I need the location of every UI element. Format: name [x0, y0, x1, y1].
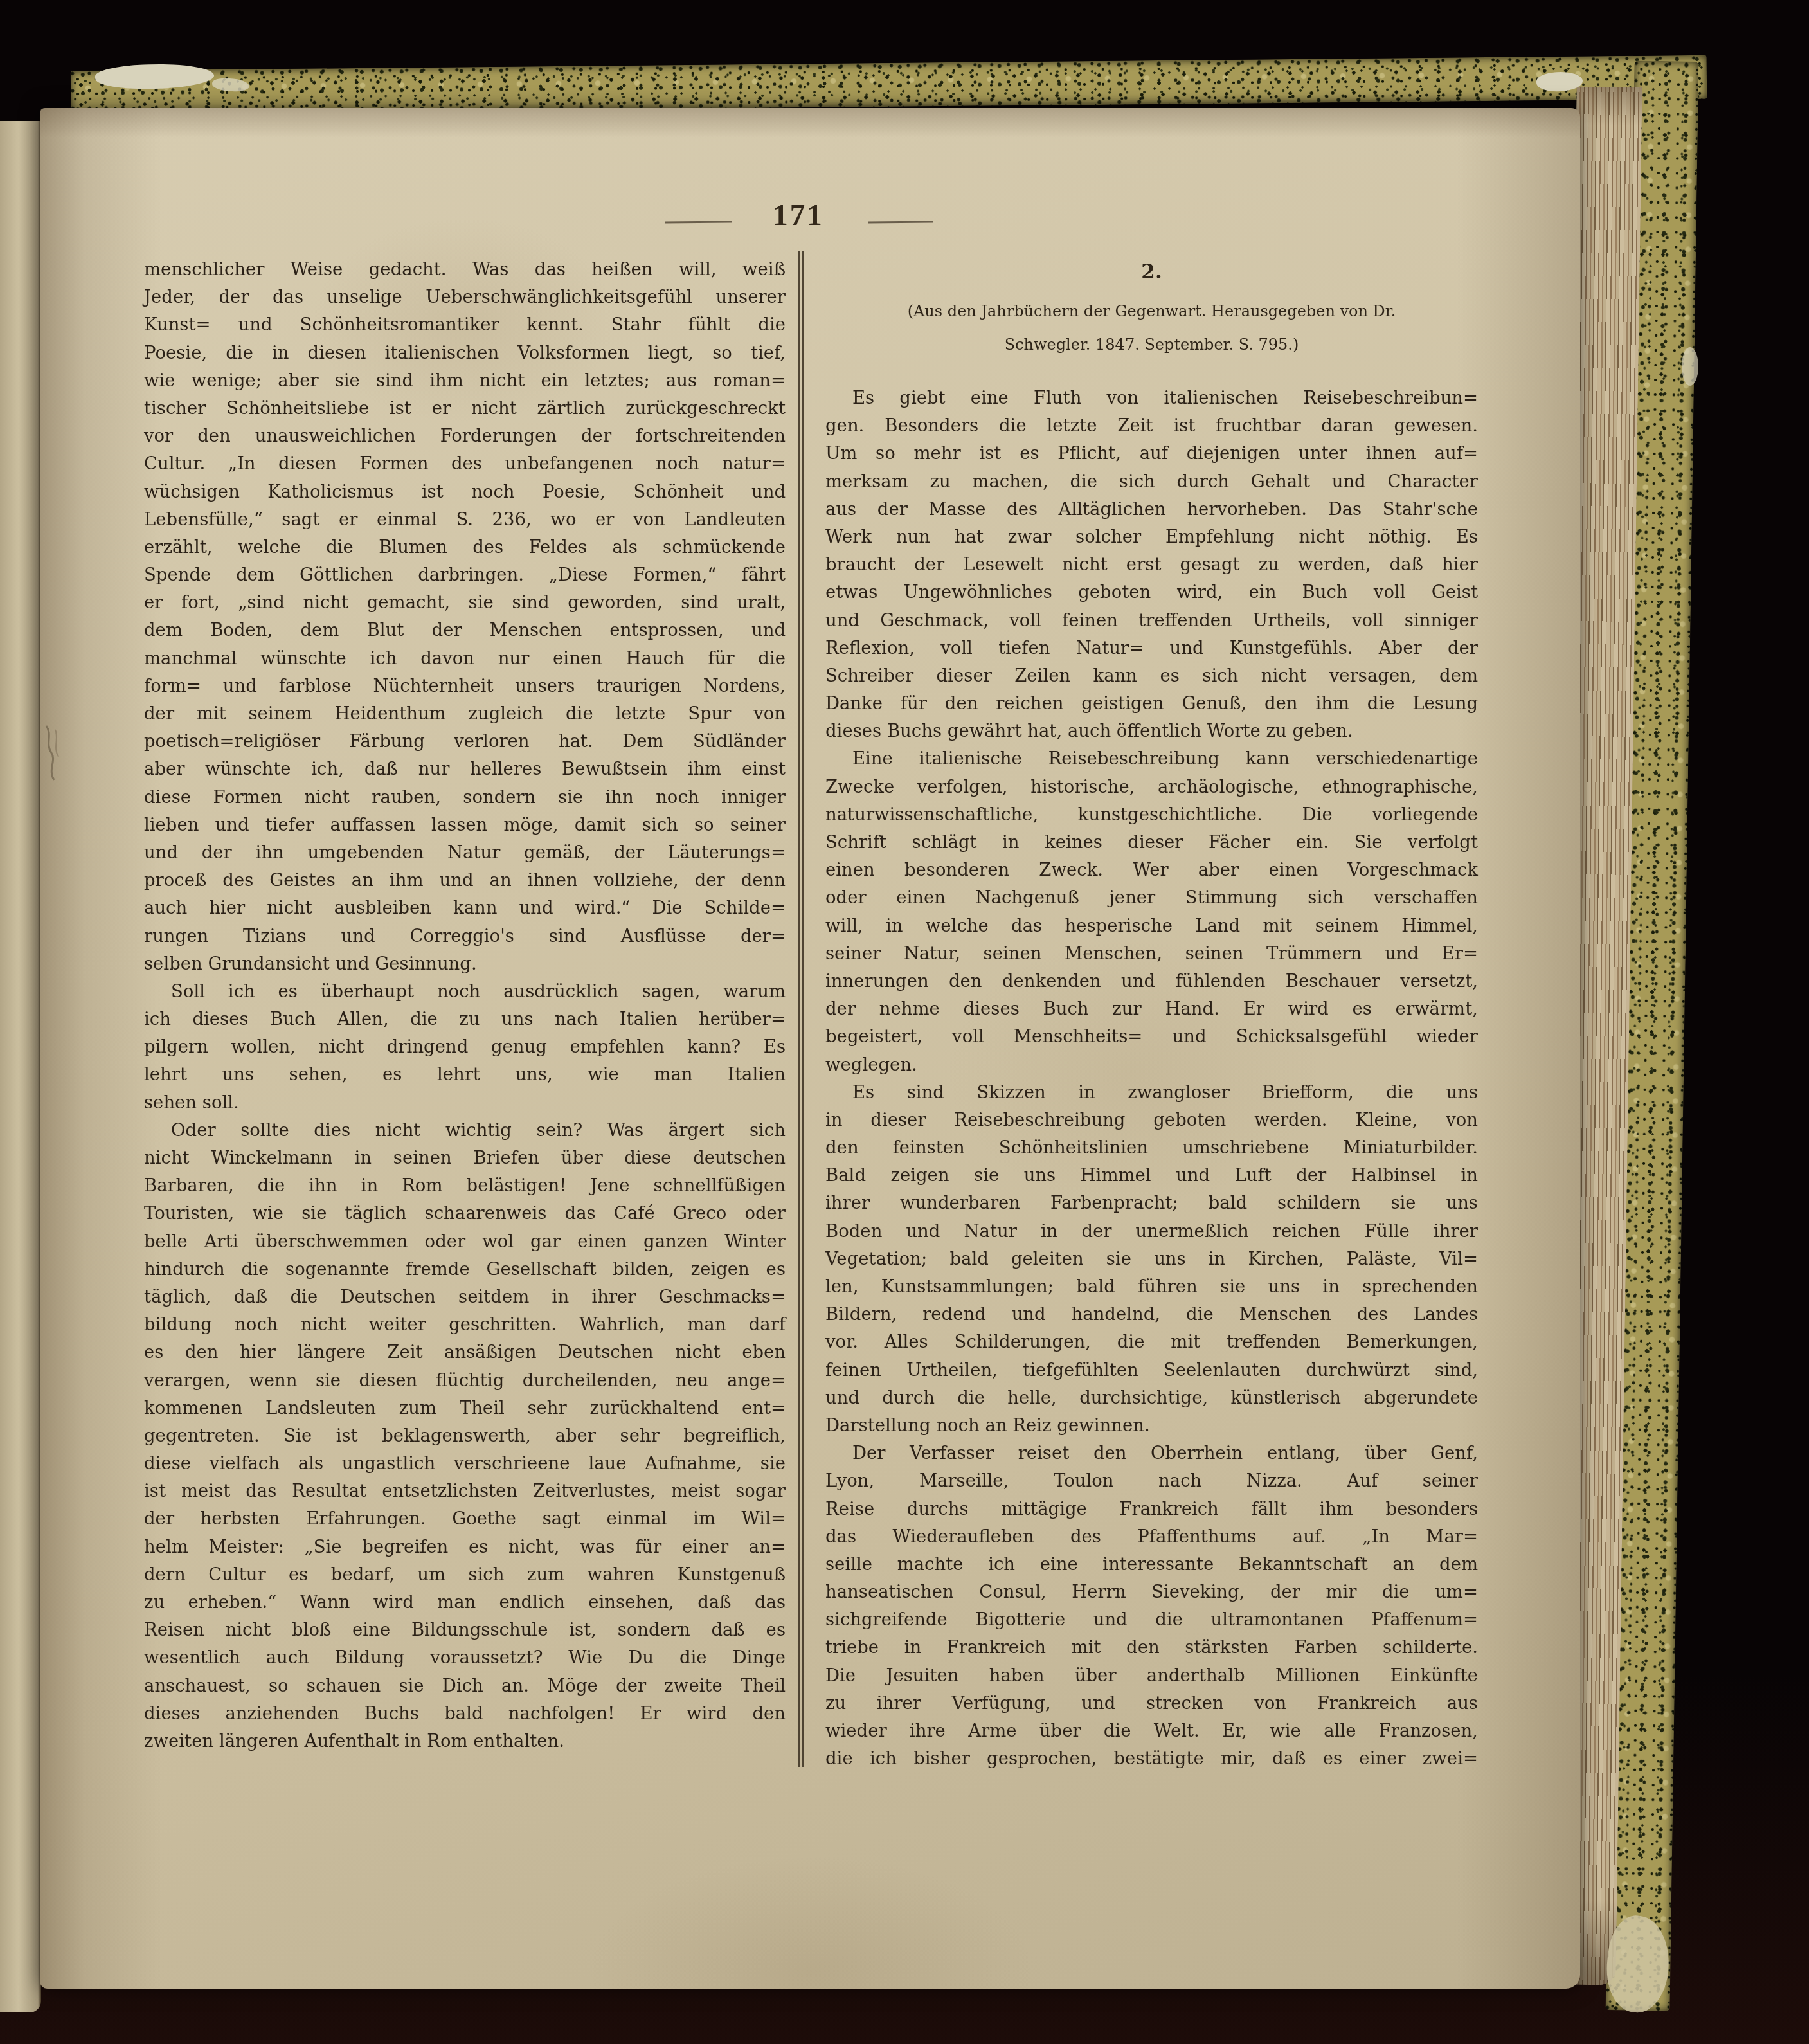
text-line: rungen Tizians und Correggio's sind Ausf…	[144, 923, 786, 950]
text-line: diese Formen nicht rauben, sondern sie i…	[144, 784, 786, 811]
cover-wear-patch	[1682, 347, 1698, 386]
text-line: ihrer wunderbaren Farbenpracht; bald sch…	[825, 1189, 1478, 1217]
text-line: und durch die helle, durchsichtige, küns…	[825, 1384, 1478, 1412]
citation-line: Schwegler. 1847. September. S. 795.)	[825, 328, 1478, 361]
text-line: der mit seinem Heidenthum zugleich die l…	[144, 700, 786, 728]
text-line: täglich, daß die Deutschen seitdem in ih…	[144, 1283, 786, 1311]
text-line: wesentlich auch Bildung voraussetzt? Wie…	[144, 1644, 786, 1672]
left-text-column: menschlicher Weise gedacht. Was das heiß…	[144, 256, 786, 1755]
text-line: sichgreifende Bigotterie und die ultramo…	[825, 1606, 1478, 1634]
text-line: Cultur. „In diesen Formen des unbefangen…	[144, 450, 786, 478]
text-line: oder einen Nachgenuß jener Stimmung sich…	[825, 884, 1478, 912]
text-line: Bildern, redend und handelnd, die Mensch…	[825, 1301, 1478, 1328]
text-line: pilgern wollen, nicht dringend genug emp…	[144, 1033, 786, 1061]
text-line: dern Cultur es bedarf, um sich zum wahre…	[144, 1561, 786, 1589]
text-line: und Geschmack, voll feinen treffenden Ur…	[825, 607, 1478, 635]
text-line: erzählt, welche die Blumen des Feldes al…	[144, 534, 786, 561]
text-line: Boden und Natur in der unermeßlich reich…	[825, 1218, 1478, 1245]
text-line: aber wünschte ich, daß nur helleres Bewu…	[144, 755, 786, 783]
text-line: lieben und tiefer auffassen lassen möge,…	[144, 811, 786, 839]
text-line: Kunst= und Schönheitsromantiker kennt. S…	[144, 311, 786, 339]
text-line: nicht Winckelmann in seinen Briefen über…	[144, 1144, 786, 1172]
text-line: manchmal wünschte ich davon nur einen Ha…	[144, 645, 786, 673]
text-line: braucht der Lesewelt nicht erst gesagt z…	[825, 551, 1478, 579]
column-divider-rule	[798, 251, 804, 1767]
text-line: Der Verfasser reiset den Oberrhein entla…	[825, 1440, 1478, 1467]
text-line: dieses Buchs gewährt hat, auch öffentlic…	[825, 718, 1478, 745]
text-line: merksam zu machen, die sich durch Gehalt…	[825, 468, 1478, 496]
text-line: die ich bisher gesprochen, bestätigte mi…	[825, 1745, 1478, 1773]
text-line: proceß des Geistes an ihm und an ihnen v…	[144, 867, 786, 894]
text-line: zweiten längeren Aufenthalt in Rom entha…	[144, 1728, 786, 1755]
text-line: Jeder, der das unselige Ueberschwänglich…	[144, 284, 786, 311]
text-line: menschlicher Weise gedacht. Was das heiß…	[144, 256, 786, 284]
text-line: diese vielfach als ungastlich verschriee…	[144, 1450, 786, 1478]
text-line: Werk nun hat zwar solcher Empfehlung nic…	[825, 523, 1478, 551]
text-line: ich dieses Buch Allen, die zu uns nach I…	[144, 1006, 786, 1033]
text-line: Touristen, wie sie täglich schaarenweis …	[144, 1200, 786, 1227]
text-line: Danke für den reichen geistigen Genuß, d…	[825, 690, 1478, 718]
book-cover-top-edge	[71, 55, 1707, 114]
text-line: lehrt uns sehen, es lehrt uns, wie man I…	[144, 1061, 786, 1089]
text-line: Schreiber dieser Zeilen kann es sich nic…	[825, 662, 1478, 690]
text-line: einen besonderen Zweck. Wer aber einen V…	[825, 856, 1478, 884]
text-line: begeistert, voll Menschheits= und Schick…	[825, 1023, 1478, 1051]
citation-line: (Aus den Jahrbüchern der Gegenwart. Hera…	[825, 294, 1478, 328]
text-line: anschauest, so schauen sie Dich an. Möge…	[144, 1672, 786, 1700]
text-line: Es sind Skizzen in zwangloser Briefform,…	[825, 1079, 1478, 1107]
text-line: selben Grundansicht und Gesinnung.	[144, 950, 786, 978]
text-line: gegentreten. Sie ist beklagenswerth, abe…	[144, 1422, 786, 1450]
text-line: der nehme dieses Buch zur Hand. Er wird …	[825, 995, 1478, 1023]
text-line: zu ihrer Verfügung, und strecken von Fra…	[825, 1690, 1478, 1717]
text-line: will, in welche das hesperische Land mit…	[825, 912, 1478, 940]
text-line: dieses anziehenden Buchs bald nachfolgen…	[144, 1700, 786, 1728]
page-number-rule-right	[868, 221, 933, 224]
text-line: wieder ihre Arme über die Welt. Er, wie …	[825, 1717, 1478, 1745]
text-line: belle Arti überschwemmen oder wol gar ei…	[144, 1228, 786, 1256]
text-line: Zwecke verfolgen, historische, archäolog…	[825, 773, 1478, 801]
text-line: Oder sollte dies nicht wichtig sein? Was…	[144, 1117, 786, 1144]
text-line: bildung noch nicht weiter geschritten. W…	[144, 1311, 786, 1339]
citation-heading: (Aus den Jahrbüchern der Gegenwart. Hera…	[825, 294, 1478, 361]
text-line: der herbsten Erfahrungen. Goethe sagt ei…	[144, 1505, 786, 1533]
text-line: Darstellung noch an Reiz gewinnen.	[825, 1412, 1478, 1440]
text-line: es den hier längere Zeit ansäßigen Deuts…	[144, 1339, 786, 1366]
text-line: Reflexion, voll tiefen Natur= und Kunstg…	[825, 635, 1478, 662]
text-line: Schrift schlägt in keines dieser Fächer …	[825, 829, 1478, 856]
text-line: naturwissenschaftliche, kunstgeschichtli…	[825, 801, 1478, 829]
text-line: gen. Besonders die letzte Zeit ist fruch…	[825, 412, 1478, 440]
text-line: ist meist das Resultat entsetzlichsten Z…	[144, 1478, 786, 1505]
right-column-body: Es giebt eine Fluth von italienischen Re…	[825, 384, 1478, 1773]
text-line: Lebensfülle,“ sagt er einmal S. 236, wo …	[144, 506, 786, 534]
text-line: Reise durchs mittägige Frankreich fällt …	[825, 1496, 1478, 1523]
text-line: und der ihn umgebenden Natur gemäß, der …	[144, 839, 786, 867]
text-line: auch hier nicht ausbleiben kann und wird…	[144, 894, 786, 922]
text-line: Die Jesuiten haben über anderthalb Milli…	[825, 1662, 1478, 1690]
scanned-book-photo: 171 menschlicher Weise gedacht. Was das …	[0, 0, 1809, 2044]
text-line: sehen soll.	[144, 1089, 786, 1117]
text-line: Vegetation; bald geleiten sie uns in Kir…	[825, 1245, 1478, 1273]
text-line: den feinsten Schönheitslinien umschriebe…	[825, 1134, 1478, 1162]
text-line: seille machte ich eine interessante Beka…	[825, 1551, 1478, 1578]
text-line: aus der Masse des Alltäglichen hervorheb…	[825, 496, 1478, 523]
page-number: 171	[741, 198, 856, 233]
text-line: Um so mehr ist es Pflicht, auf diejenige…	[825, 440, 1478, 467]
text-line: wüchsigen Katholicismus ist noch Poesie,…	[144, 478, 786, 506]
text-line: Spende dem Göttlichen darbringen. „Diese…	[144, 561, 786, 589]
text-line: Poesie, die in diesen italienischen Volk…	[144, 339, 786, 367]
text-line: er fort, „sind nicht gemacht, sie sind g…	[144, 589, 786, 617]
text-line: zu erheben.“ Wann wird man endlich einse…	[144, 1589, 786, 1616]
page-number-rule-left	[665, 221, 732, 224]
text-line: in dieser Reisebeschreibung geboten werd…	[825, 1107, 1478, 1134]
text-line: Es giebt eine Fluth von italienischen Re…	[825, 384, 1478, 412]
text-line: tischer Schönheitsliebe ist er nicht zär…	[144, 395, 786, 422]
text-line: len, Kunstsammlungen; bald führen sie un…	[825, 1273, 1478, 1301]
text-line: poetisch=religiöser Färbung verloren hat…	[144, 728, 786, 755]
text-line: innerungen den denkenden und fühlenden B…	[825, 968, 1478, 995]
text-line: kommenen Landsleuten zum Theil sehr zurü…	[144, 1395, 786, 1422]
right-text-column: 2. (Aus den Jahrbüchern der Gegenwart. H…	[825, 256, 1478, 1773]
text-line: Bald zeigen sie uns Himmel und Luft der …	[825, 1162, 1478, 1189]
text-line: feinen Urtheilen, tiefgefühlten Seelenla…	[825, 1357, 1478, 1384]
text-line: Lyon, Marseille, Toulon nach Nizza. Auf …	[825, 1467, 1478, 1495]
text-line: weglegen.	[825, 1051, 1478, 1079]
text-line: vor. Alles Schilderungen, die mit treffe…	[825, 1328, 1478, 1356]
text-line: seiner Natur, seinen Menschen, seinen Tr…	[825, 940, 1478, 968]
facing-page-edge	[0, 121, 41, 2012]
text-line: helm Meister: „Sie begreifen es nicht, w…	[144, 1533, 786, 1561]
section-number-heading: 2.	[825, 256, 1478, 288]
text-line: wie wenige; aber sie sind ihm nicht ein …	[144, 367, 786, 395]
margin-ink-mark	[41, 722, 67, 784]
text-line: form= und farblose Nüchternheit unsers t…	[144, 673, 786, 700]
text-line: Eine italienische Reisebeschreibung kann…	[825, 745, 1478, 773]
text-line: dem Boden, dem Blut der Menschen entspro…	[144, 617, 786, 644]
text-line: das Wiederaufleben des Pfaffenthums auf.…	[825, 1523, 1478, 1551]
book-page-171: 171 menschlicher Weise gedacht. Was das …	[40, 108, 1580, 1989]
text-line: hindurch die sogenannte fremde Gesellsch…	[144, 1256, 786, 1283]
text-line: triebe in Frankreich mit den stärksten F…	[825, 1634, 1478, 1661]
text-line: Barbaren, die ihn in Rom belästigen! Jen…	[144, 1172, 786, 1200]
text-line: vor den unausweichlichen Forderungen der…	[144, 422, 786, 450]
text-line: hanseatischen Consul, Herrn Sieveking, d…	[825, 1578, 1478, 1606]
text-line: etwas Ungewöhnliches geboten wird, ein B…	[825, 579, 1478, 606]
text-line: Soll ich es überhaupt noch ausdrücklich …	[144, 978, 786, 1006]
text-line: verargen, wenn sie diesen flüchtig durch…	[144, 1367, 786, 1395]
text-line: Reisen nicht bloß eine Bildungsschule is…	[144, 1616, 786, 1644]
